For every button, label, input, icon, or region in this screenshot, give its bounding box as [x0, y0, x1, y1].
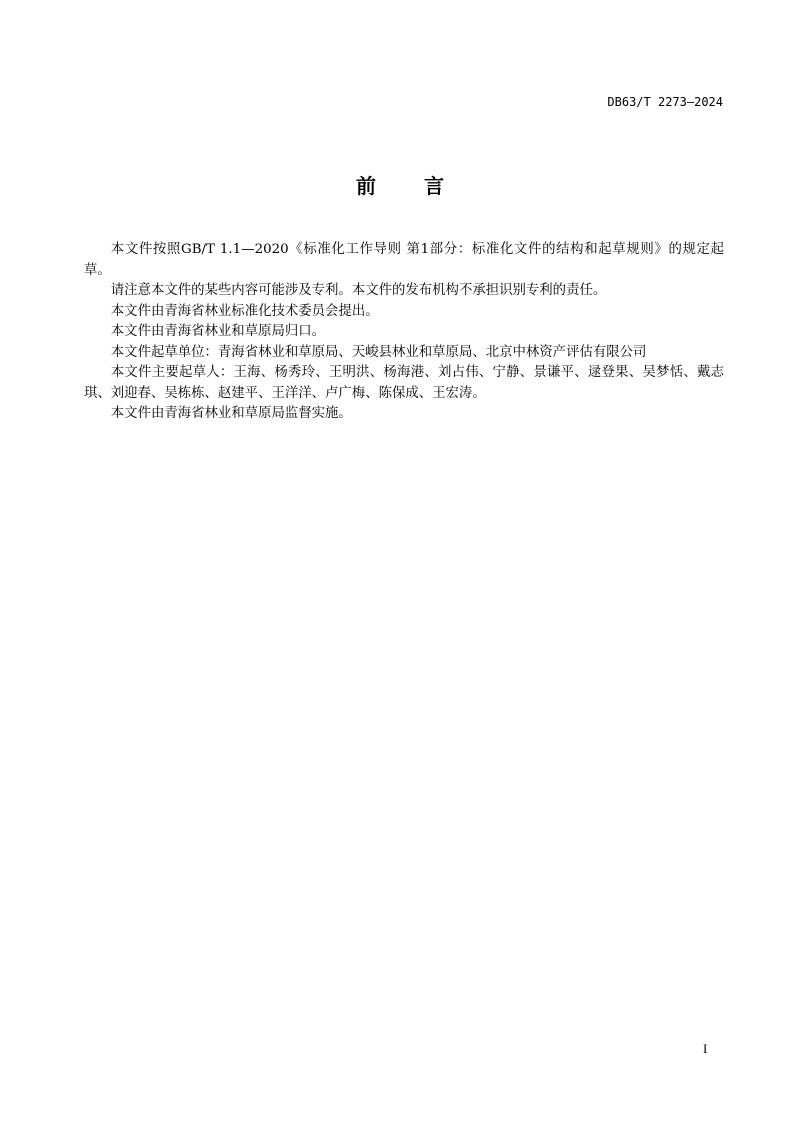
- paragraph-patent-notice: 请注意本文件的某些内容可能涉及专利。本文件的发布机构不承担识别专利的责任。: [84, 281, 724, 302]
- paragraph-drafters: 本文件主要起草人：王海、杨秀玲、王明洪、杨海港、刘占伟、宁静、景谦平、逯登果、吴…: [84, 363, 724, 404]
- paragraph-supervisor: 本文件由青海省林业和草原局监督实施。: [84, 404, 724, 425]
- paragraph-drafting-rule: 本文件按照GB/T 1.1—2020《标准化工作导则 第1部分：标准化文件的结构…: [84, 240, 724, 281]
- paragraph-administrator: 本文件由青海省林业和草原局归口。: [84, 322, 724, 343]
- foreword-body: 本文件按照GB/T 1.1—2020《标准化工作导则 第1部分：标准化文件的结构…: [84, 240, 724, 425]
- page-number: I: [703, 1041, 707, 1057]
- page-title: 前言: [0, 170, 800, 199]
- paragraph-proposer: 本文件由青海省林业标准化技术委员会提出。: [84, 302, 724, 323]
- title-char-1: 前: [356, 174, 376, 198]
- paragraph-drafting-units: 本文件起草单位：青海省林业和草原局、天峻县林业和草原局、北京中林资产评估有限公司: [84, 343, 724, 364]
- document-page: DB63/T 2273—2024 前言 本文件按照GB/T 1.1—2020《标…: [0, 0, 800, 1132]
- standard-code: DB63/T 2273—2024: [607, 95, 723, 109]
- title-char-2: 言: [424, 174, 444, 198]
